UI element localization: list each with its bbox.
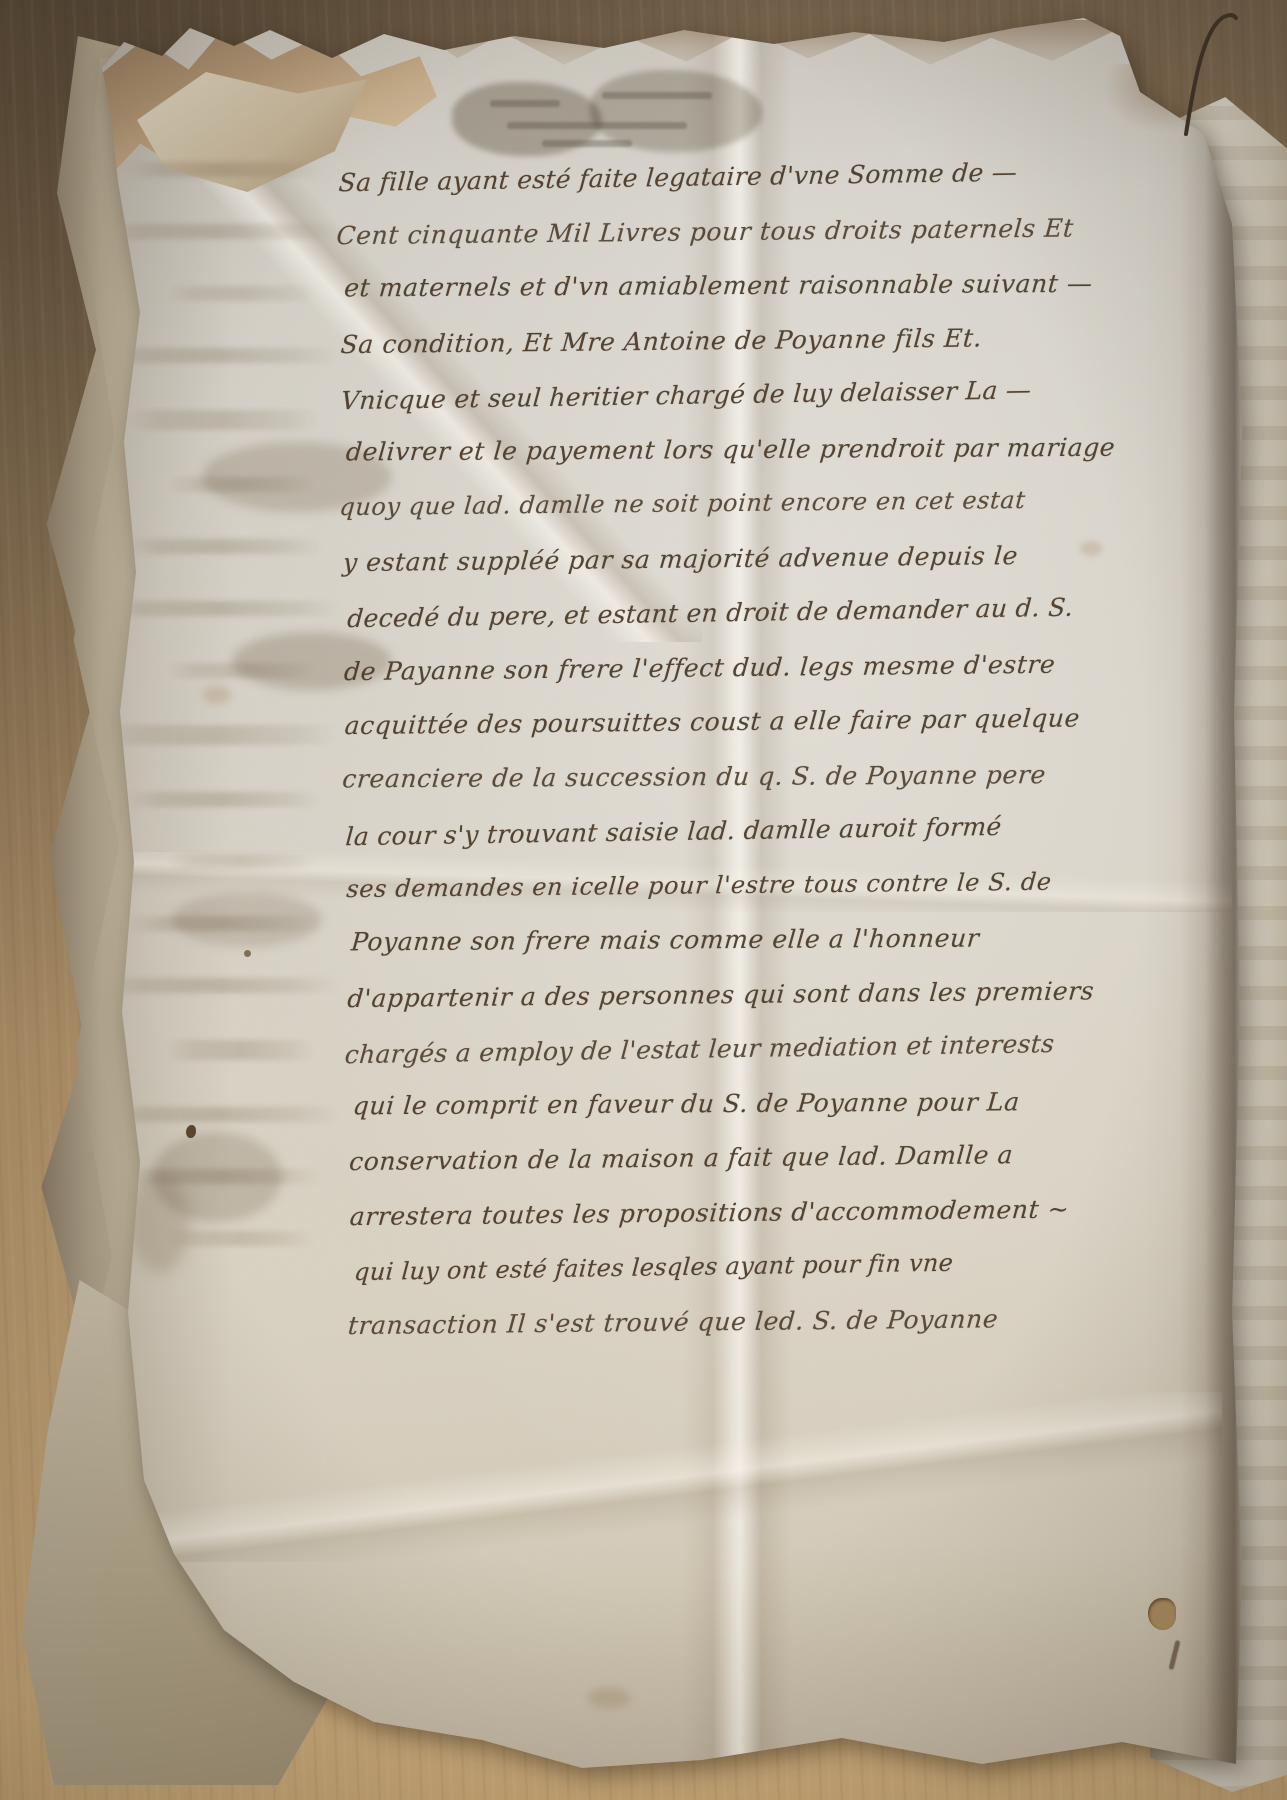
manuscript-page: Sa fille ayant esté faite legataire d'vn… [82,12,1248,1792]
manuscript-line: qui luy ont esté faites lesqles ayant po… [351,1246,1141,1313]
manuscript-text-block: Sa fille ayant esté faite legataire d'vn… [338,158,1141,1365]
bleedthrough-line [126,539,321,554]
manuscript-page-wrap: Sa fille ayant esté faite legataire d'vn… [82,12,1248,1792]
foxing-stain [1080,541,1102,556]
manuscript-line: delivrer et le payement lors qu'elle pre… [343,432,1133,491]
bleedthrough-line [101,1107,339,1122]
paper-hole [1148,1598,1176,1630]
bleedthrough-line [126,162,321,177]
manuscript-line: chargés a employ de l'estat leur mediati… [342,1028,1139,1095]
photo-frame: Sa fille ayant esté faite legataire d'vn… [0,0,1287,1800]
bleedthrough-line [101,348,339,363]
bleedthrough-line [101,224,339,239]
bleedthrough-line [166,286,316,301]
manuscript-line: decedé du pere, et estant en droit de de… [344,592,1134,659]
ink-bleedthrough-column [96,162,346,1592]
binding-string [1172,2,1242,142]
manuscript-line: acquittée des poursuittes coust a elle f… [342,703,1136,766]
bleedthrough-line [126,792,321,807]
manuscript-line: Cent cinquante Mil Livres pour tous droi… [334,212,1131,275]
bleedthrough-line [126,410,321,430]
manuscript-line: creanciere de la succession du q. S. de … [339,759,1136,818]
manuscript-line: la cour s'y trouvant saisie lad. damlle … [343,810,1137,877]
manuscript-line: de Payanne son frere l'effect dud. legs … [341,648,1135,711]
bleedthrough-line [166,1040,316,1060]
foxing-stain [203,686,231,704]
manuscript-line: et maternels et d'vn amiablement raisonn… [341,269,1131,328]
bleedthrough-line [101,978,339,993]
manuscript-line: conservation de la maison a fait que lad… [346,1139,1140,1202]
manuscript-line: quoy que lad. damlle ne soit point encor… [336,485,1133,548]
foxing-stain [588,1688,630,1708]
manuscript-line: ses demandes en icelle pour l'estre tous… [343,866,1137,929]
bleedthrough-mark [172,892,322,947]
bleedthrough-line [101,601,339,616]
manuscript-line: Sa fille ayant esté faite legataire d'vn… [336,156,1130,223]
bleedthrough-line [101,725,339,745]
bleedthrough-line [166,854,316,869]
ink-spot-stain [244,950,251,957]
manuscript-line: qui le comprit en faveur du S. de Poyann… [350,1086,1140,1145]
brown-smudge-stain [130,1172,190,1272]
manuscript-line: Vnicque et seul heritier chargé de luy d… [338,374,1132,441]
manuscript-line: Poyanne son frere mais comme elle a l'ho… [348,923,1138,982]
manuscript-line: transaction Il s'est trouvé que led. S. … [345,1302,1142,1365]
